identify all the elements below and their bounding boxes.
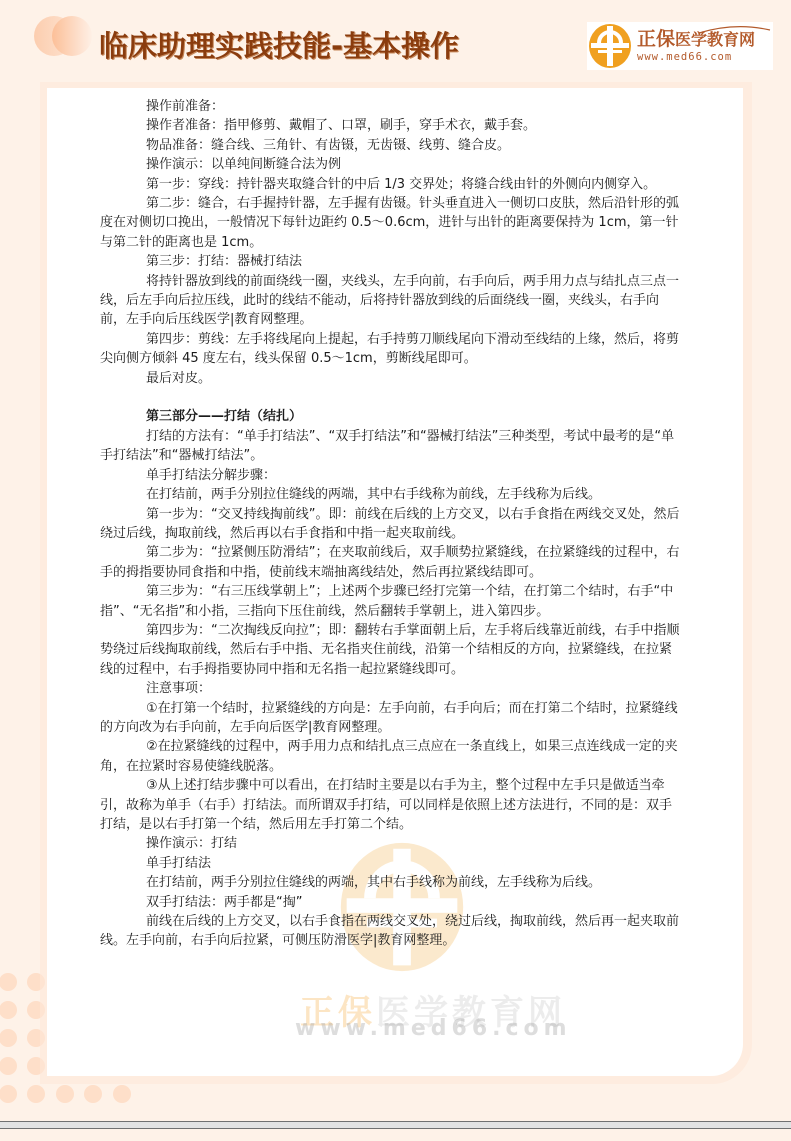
- paragraph: 第三步为：“右三压线掌朝上”；上述两个步骤已经打完第一个结，在打第二个结时，右手…: [100, 582, 680, 621]
- paragraph: 前线在后线的上方交叉，以右手食指在两线交叉处，绕过后线，掏取前线，然后再一起夹取…: [100, 912, 680, 951]
- paragraph: ②在拉紧缝线的过程中，两手用力点和结扎点三点应在一条直线上，如果三点连线成一定的…: [100, 737, 680, 776]
- paragraph: 单手打结法分解步骤：: [100, 466, 680, 485]
- paragraph: 物品准备：缝合线、三角针、有齿镊，无齿镊、线剪、缝合皮。: [100, 136, 680, 155]
- logo-url: www.med66.com: [637, 50, 755, 64]
- logo-emblem-icon: [588, 23, 632, 69]
- page: 临床助理实践技能-基本操作 正保医学教育网 www.med66.com: [0, 0, 791, 1141]
- logo-arc-icon: [697, 24, 772, 34]
- horizontal-scrollbar[interactable]: [0, 1121, 791, 1129]
- watermark-url: www.med66.com: [295, 1016, 572, 1041]
- paragraph: 操作前准备：: [100, 97, 680, 116]
- paragraph: 双手打结法：两手都是“掏”: [100, 893, 680, 912]
- document-body: 操作前准备： 操作者准备：指甲修剪、戴帽了、口罩，刷手，穿手术衣，戴手套。 物品…: [100, 97, 680, 951]
- paragraph: 将持针器放到线的前面绕线一圈，夹线头，左手向前，右手向后，两手用力点与结扎点三点…: [100, 272, 680, 330]
- decoration-circle: [52, 16, 92, 56]
- paragraph: 第二步为：“拉紧侧压防滑结”；在夹取前线后，双手顺势拉紧缝线，在拉紧缝线的过程中…: [100, 543, 680, 582]
- decoration-dot: [113, 1085, 131, 1103]
- decoration-dot: [0, 1029, 17, 1047]
- decoration-dot: [0, 1085, 17, 1103]
- decoration-dot: [27, 1085, 45, 1103]
- decoration-dot: [56, 1085, 74, 1103]
- decoration-dot: [0, 1001, 17, 1019]
- header-decoration-circles: [34, 16, 86, 56]
- paragraph: 第四步为：“二次掏线反向拉”；即：翻转右手掌面朝上后，左手将后线靠近前线，右手中…: [100, 621, 680, 679]
- brand-logo[interactable]: 正保医学教育网 www.med66.com: [587, 22, 773, 70]
- paragraph: 第四步：剪线：左手将线尾向上提起，右手持剪刀顺线尾向下滑动至线结的上缘，然后，将…: [100, 330, 680, 369]
- decoration-dot: [0, 973, 17, 991]
- paragraph: 操作者准备：指甲修剪、戴帽了、口罩，刷手，穿手术衣，戴手套。: [100, 116, 680, 135]
- paragraph: 单手打结法: [100, 854, 680, 873]
- paragraph: ③从上述打结步骤中可以看出，在打结时主要是以右手为主，整个过程中左手只是做适当牵…: [100, 776, 680, 834]
- page-title: 临床助理实践技能-基本操作: [99, 27, 459, 65]
- paragraph: 第二步：缝合，右手握持针器，左手握有齿镊。针头垂直进入一侧切口皮肤，然后沿针形的…: [100, 194, 680, 252]
- paragraph: 注意事项：: [100, 679, 680, 698]
- logo-name-big: 正保: [637, 28, 675, 50]
- decoration-dot: [0, 1057, 17, 1075]
- paragraph: 在打结前，两手分别拉住缝线的两端，其中右手线称为前线，左手线称为后线。: [100, 485, 680, 504]
- paragraph: 操作演示：以单纯间断缝合法为例: [100, 155, 680, 174]
- section-heading: 第三部分——打结（结扎）: [100, 407, 680, 426]
- paragraph: 第三步：打结：器械打结法: [100, 252, 680, 271]
- paragraph: 最后对皮。: [100, 369, 680, 388]
- paragraph: 打结的方法有：“单手打结法”、“双手打结法”和“器械打结法”三种类型，考试中最考…: [100, 427, 680, 466]
- watermark-name-gray: 医学教育网: [376, 993, 566, 1033]
- decoration-dot: [84, 1085, 102, 1103]
- paragraph: 在打结前，两手分别拉住缝线的两端，其中右手线称为前线，左手线称为后线。: [100, 873, 680, 892]
- paragraph: 第一步为：“交叉持线掏前线”。即：前线在后线的上方交叉，以右手食指在两线交叉处，…: [100, 505, 680, 544]
- paragraph: 操作演示：打结: [100, 834, 680, 853]
- content-card: 正保医学教育网 www.med66.com 操作前准备： 操作者准备：指甲修剪、…: [47, 88, 743, 1076]
- paragraph: ①在打第一个结时，拉紧缝线的方向是：左手向前，右手向后；而在打第二个结时，拉紧缝…: [100, 699, 680, 738]
- paragraph: 第一步：穿线：持针器夹取缝合针的中后 1/3 交界处；将缝合线由针的外侧向内侧穿…: [100, 175, 680, 194]
- watermark-name-orange: 正保: [300, 993, 376, 1033]
